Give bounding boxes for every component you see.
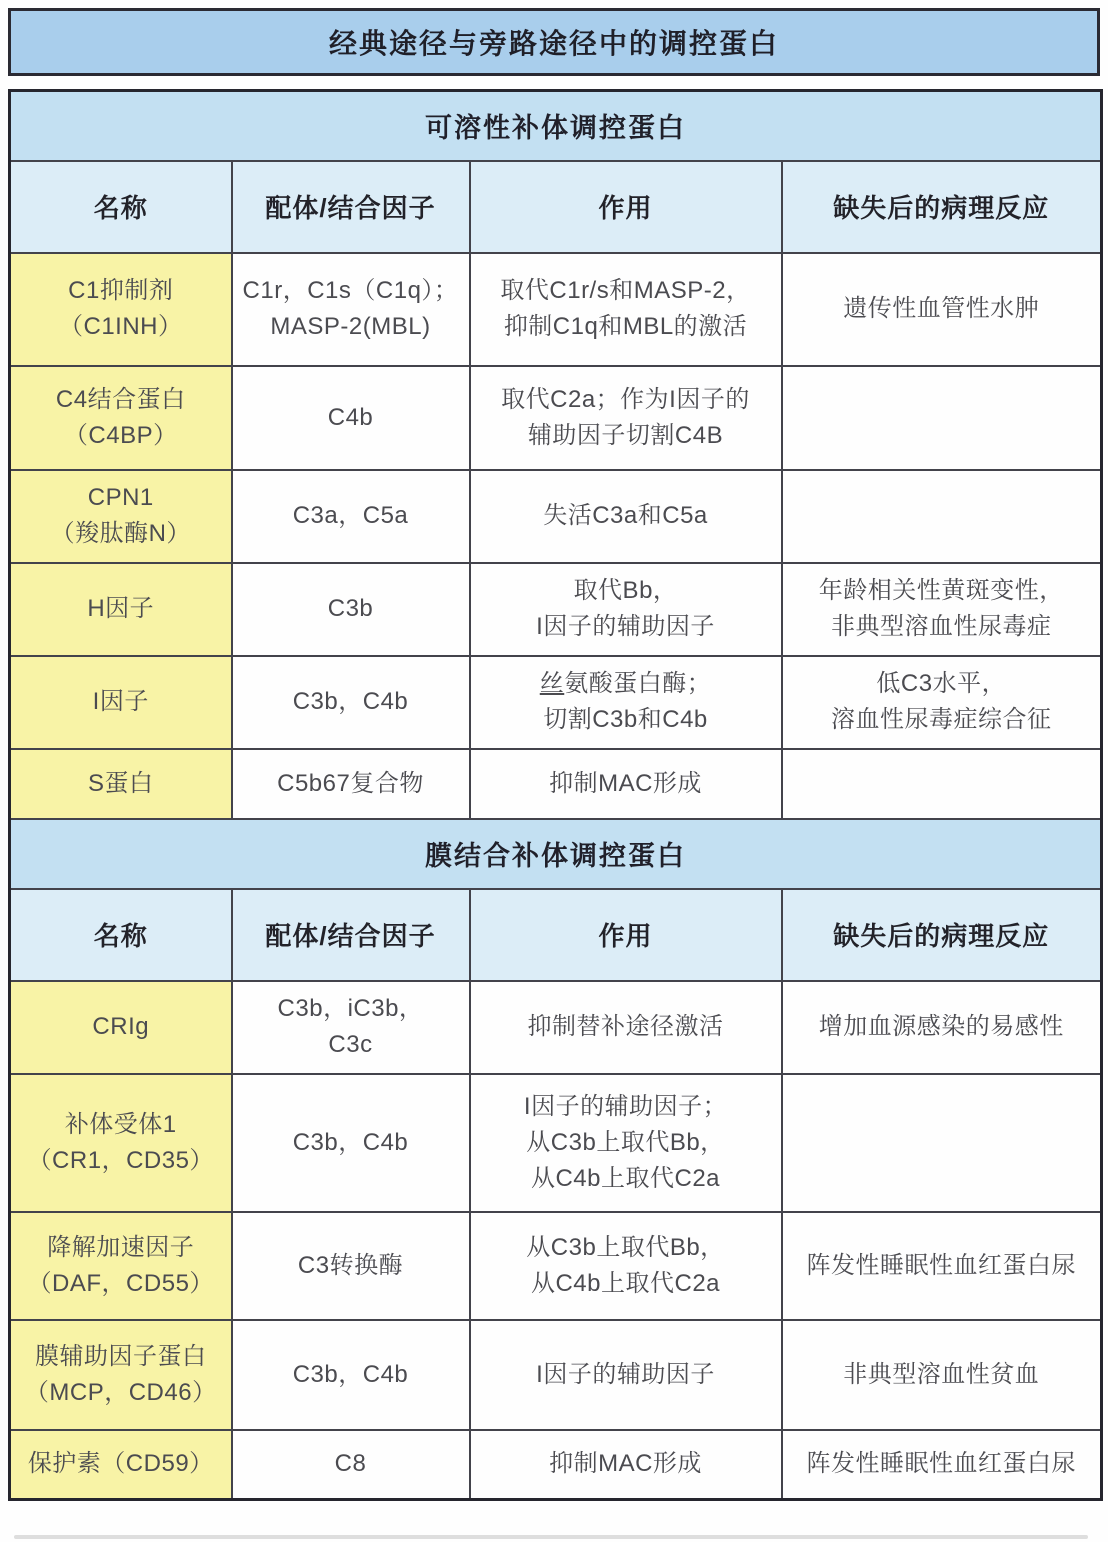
cell-ligand: C1r，C1s（C1q）； MASP-2(MBL) — [232, 253, 470, 366]
cell-function: 抑制MAC形成 — [470, 1430, 782, 1500]
cell-function: I因子的辅助因子 — [470, 1320, 782, 1430]
table-row-factor-h: H因子 C3b 取代Bb， I因子的辅助因子 年龄相关性黄斑变性， 非典型溶血性… — [10, 563, 1102, 656]
cell-name: 降解加速因子 （DAF，CD55） — [10, 1212, 232, 1320]
section-row-soluble: 可溶性补体调控蛋白 — [10, 91, 1102, 161]
cell-ligand: C3b，C4b — [232, 1320, 470, 1430]
cell-pathology: 阵发性睡眠性血红蛋白尿 — [782, 1212, 1102, 1320]
cell-ligand: C8 — [232, 1430, 470, 1500]
cell-pathology: 遗传性血管性水肿 — [782, 253, 1102, 366]
cell-function: 取代Bb， I因子的辅助因子 — [470, 563, 782, 656]
section-row-membrane: 膜结合补体调控蛋白 — [10, 819, 1102, 889]
cell-name: H因子 — [10, 563, 232, 656]
cell-pathology: 低C3水平， 溶血性尿毒症综合征 — [782, 656, 1102, 749]
column-header-ligand: 配体/结合因子 — [232, 161, 470, 253]
cell-ligand: C3转换酶 — [232, 1212, 470, 1320]
cell-pathology: 非典型溶血性贫血 — [782, 1320, 1102, 1430]
cell-ligand: C3b，iC3b， C3c — [232, 981, 470, 1074]
cell-ligand: C3b，C4b — [232, 656, 470, 749]
cell-function: 取代C1r/s和MASP-2， 抑制C1q和MBL的激活 — [470, 253, 782, 366]
cell-pathology: 增加血源感染的易感性 — [782, 981, 1102, 1074]
table-row-daf: 降解加速因子 （DAF，CD55） C3转换酶 从C3b上取代Bb， 从C4b上… — [10, 1212, 1102, 1320]
header-row: 名称 配体/结合因子 作用 缺失后的病理反应 — [10, 161, 1102, 253]
cell-name: 膜辅助因子蛋白 （MCP，CD46） — [10, 1320, 232, 1430]
section-heading-membrane: 膜结合补体调控蛋白 — [10, 819, 1102, 889]
cell-name: S蛋白 — [10, 749, 232, 819]
column-header-pathology: 缺失后的病理反应 — [782, 889, 1102, 981]
section-heading-soluble: 可溶性补体调控蛋白 — [10, 91, 1102, 161]
header-row: 名称 配体/结合因子 作用 缺失后的病理反应 — [10, 889, 1102, 981]
table-row-crig: CRIg C3b，iC3b， C3c 抑制替补途径激活 增加血源感染的易感性 — [10, 981, 1102, 1074]
column-header-function: 作用 — [470, 161, 782, 253]
cell-ligand: C3b，C4b — [232, 1074, 470, 1212]
cell-pathology: 年龄相关性黄斑变性， 非典型溶血性尿毒症 — [782, 563, 1102, 656]
cell-pathology: 阵发性睡眠性血红蛋白尿 — [782, 1430, 1102, 1500]
cell-ligand: C5b67复合物 — [232, 749, 470, 819]
cell-pathology — [782, 749, 1102, 819]
cell-ligand: C3b — [232, 563, 470, 656]
cell-name: 补体受体1 （CR1，CD35） — [10, 1074, 232, 1212]
column-header-name: 名称 — [10, 889, 232, 981]
table-row-mcp: 膜辅助因子蛋白 （MCP，CD46） C3b，C4b I因子的辅助因子 非典型溶… — [10, 1320, 1102, 1430]
document-page: 经典途径与旁路途径中的调控蛋白 可溶性补体调控蛋白 名称 配体/结合因子 作用 … — [0, 0, 1108, 1542]
table-row-protein-s: S蛋白 C5b67复合物 抑制MAC形成 — [10, 749, 1102, 819]
scan-edge-artifact — [14, 1535, 1088, 1539]
cell-function: 取代C2a；作为I因子的 辅助因子切割C4B — [470, 366, 782, 470]
regulatory-proteins-table: 可溶性补体调控蛋白 名称 配体/结合因子 作用 缺失后的病理反应 C1抑制剂 （… — [8, 89, 1103, 1501]
column-header-name: 名称 — [10, 161, 232, 253]
table-row-cd59: 保护素（CD59） C8 抑制MAC形成 阵发性睡眠性血红蛋白尿 — [10, 1430, 1102, 1500]
table-row-c1inh: C1抑制剂 （C1INH） C1r，C1s（C1q）； MASP-2(MBL) … — [10, 253, 1102, 366]
cell-function: 抑制替补途径激活 — [470, 981, 782, 1074]
column-header-ligand: 配体/结合因子 — [232, 889, 470, 981]
cell-name: C1抑制剂 （C1INH） — [10, 253, 232, 366]
cell-function: 失活C3a和C5a — [470, 470, 782, 563]
cell-ligand: C4b — [232, 366, 470, 470]
cell-pathology — [782, 470, 1102, 563]
cell-name: CRIg — [10, 981, 232, 1074]
cell-function: I因子的辅助因子； 从C3b上取代Bb， 从C4b上取代C2a — [470, 1074, 782, 1212]
table-row-factor-i: I因子 C3b，C4b 丝氨酸蛋白酶； 切割C3b和C4b 低C3水平， 溶血性… — [10, 656, 1102, 749]
cell-function: 从C3b上取代Bb， 从C4b上取代C2a — [470, 1212, 782, 1320]
cell-pathology — [782, 1074, 1102, 1212]
cell-name: I因子 — [10, 656, 232, 749]
page-title: 经典途径与旁路途径中的调控蛋白 — [8, 8, 1100, 76]
column-header-pathology: 缺失后的病理反应 — [782, 161, 1102, 253]
cell-pathology — [782, 366, 1102, 470]
cell-name: C4结合蛋白 （C4BP） — [10, 366, 232, 470]
column-header-function: 作用 — [470, 889, 782, 981]
cell-ligand: C3a，C5a — [232, 470, 470, 563]
cell-name: CPN1 （羧肽酶N） — [10, 470, 232, 563]
cell-function: 抑制MAC形成 — [470, 749, 782, 819]
cell-function: 丝氨酸蛋白酶； 切割C3b和C4b — [470, 656, 782, 749]
cell-name: 保护素（CD59） — [10, 1430, 232, 1500]
table-row-c4bp: C4结合蛋白 （C4BP） C4b 取代C2a；作为I因子的 辅助因子切割C4B — [10, 366, 1102, 470]
table-row-cr1: 补体受体1 （CR1，CD35） C3b，C4b I因子的辅助因子； 从C3b上… — [10, 1074, 1102, 1212]
table-row-cpn1: CPN1 （羧肽酶N） C3a，C5a 失活C3a和C5a — [10, 470, 1102, 563]
